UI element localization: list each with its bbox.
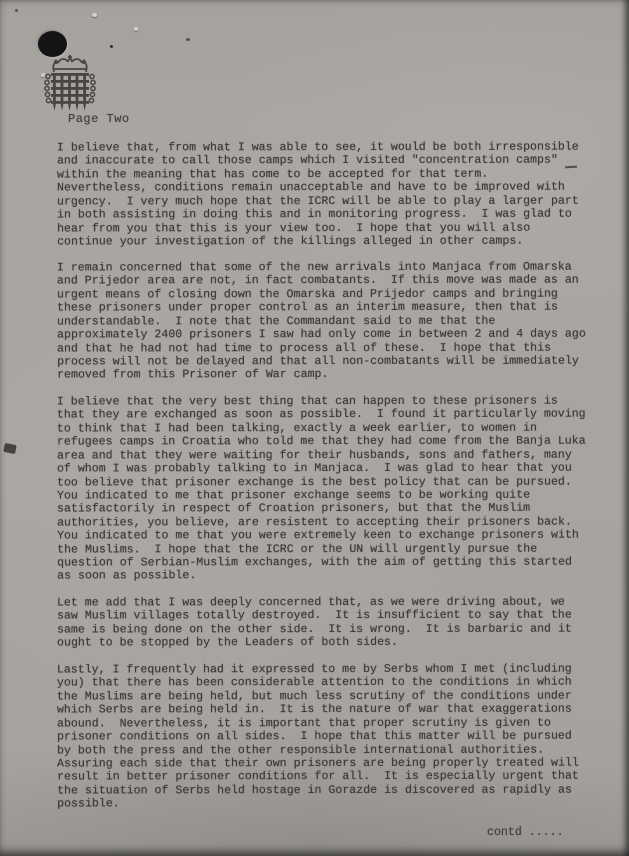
letter-paragraph-1: I believe that, from what I was able to … <box>57 141 609 249</box>
letter-paragraph-3: I believe that the very best thing that … <box>57 395 609 584</box>
paper-speck <box>134 27 138 31</box>
letter-paragraph-2: I remain concerned that some of the new … <box>57 261 609 383</box>
ink-smudge-mark <box>3 443 17 454</box>
letter-body: I believe that, from what I was able to … <box>57 141 609 823</box>
paper-speck <box>186 38 190 41</box>
continuation-note: contd ..... <box>487 826 564 839</box>
letter-paragraph-5: Lastly, I frequently had it expressed to… <box>57 662 609 811</box>
paper-speck <box>110 45 113 48</box>
page-number-label: Page Two <box>68 112 130 126</box>
portcullis-crest-icon <box>42 54 98 114</box>
paper-speck <box>92 13 97 17</box>
letter-paragraph-4: Let me add that I was deeply concerned t… <box>57 596 609 651</box>
paper-speck <box>15 9 18 12</box>
scanned-letter-page: Page Two I believe that, from what I was… <box>0 0 629 856</box>
